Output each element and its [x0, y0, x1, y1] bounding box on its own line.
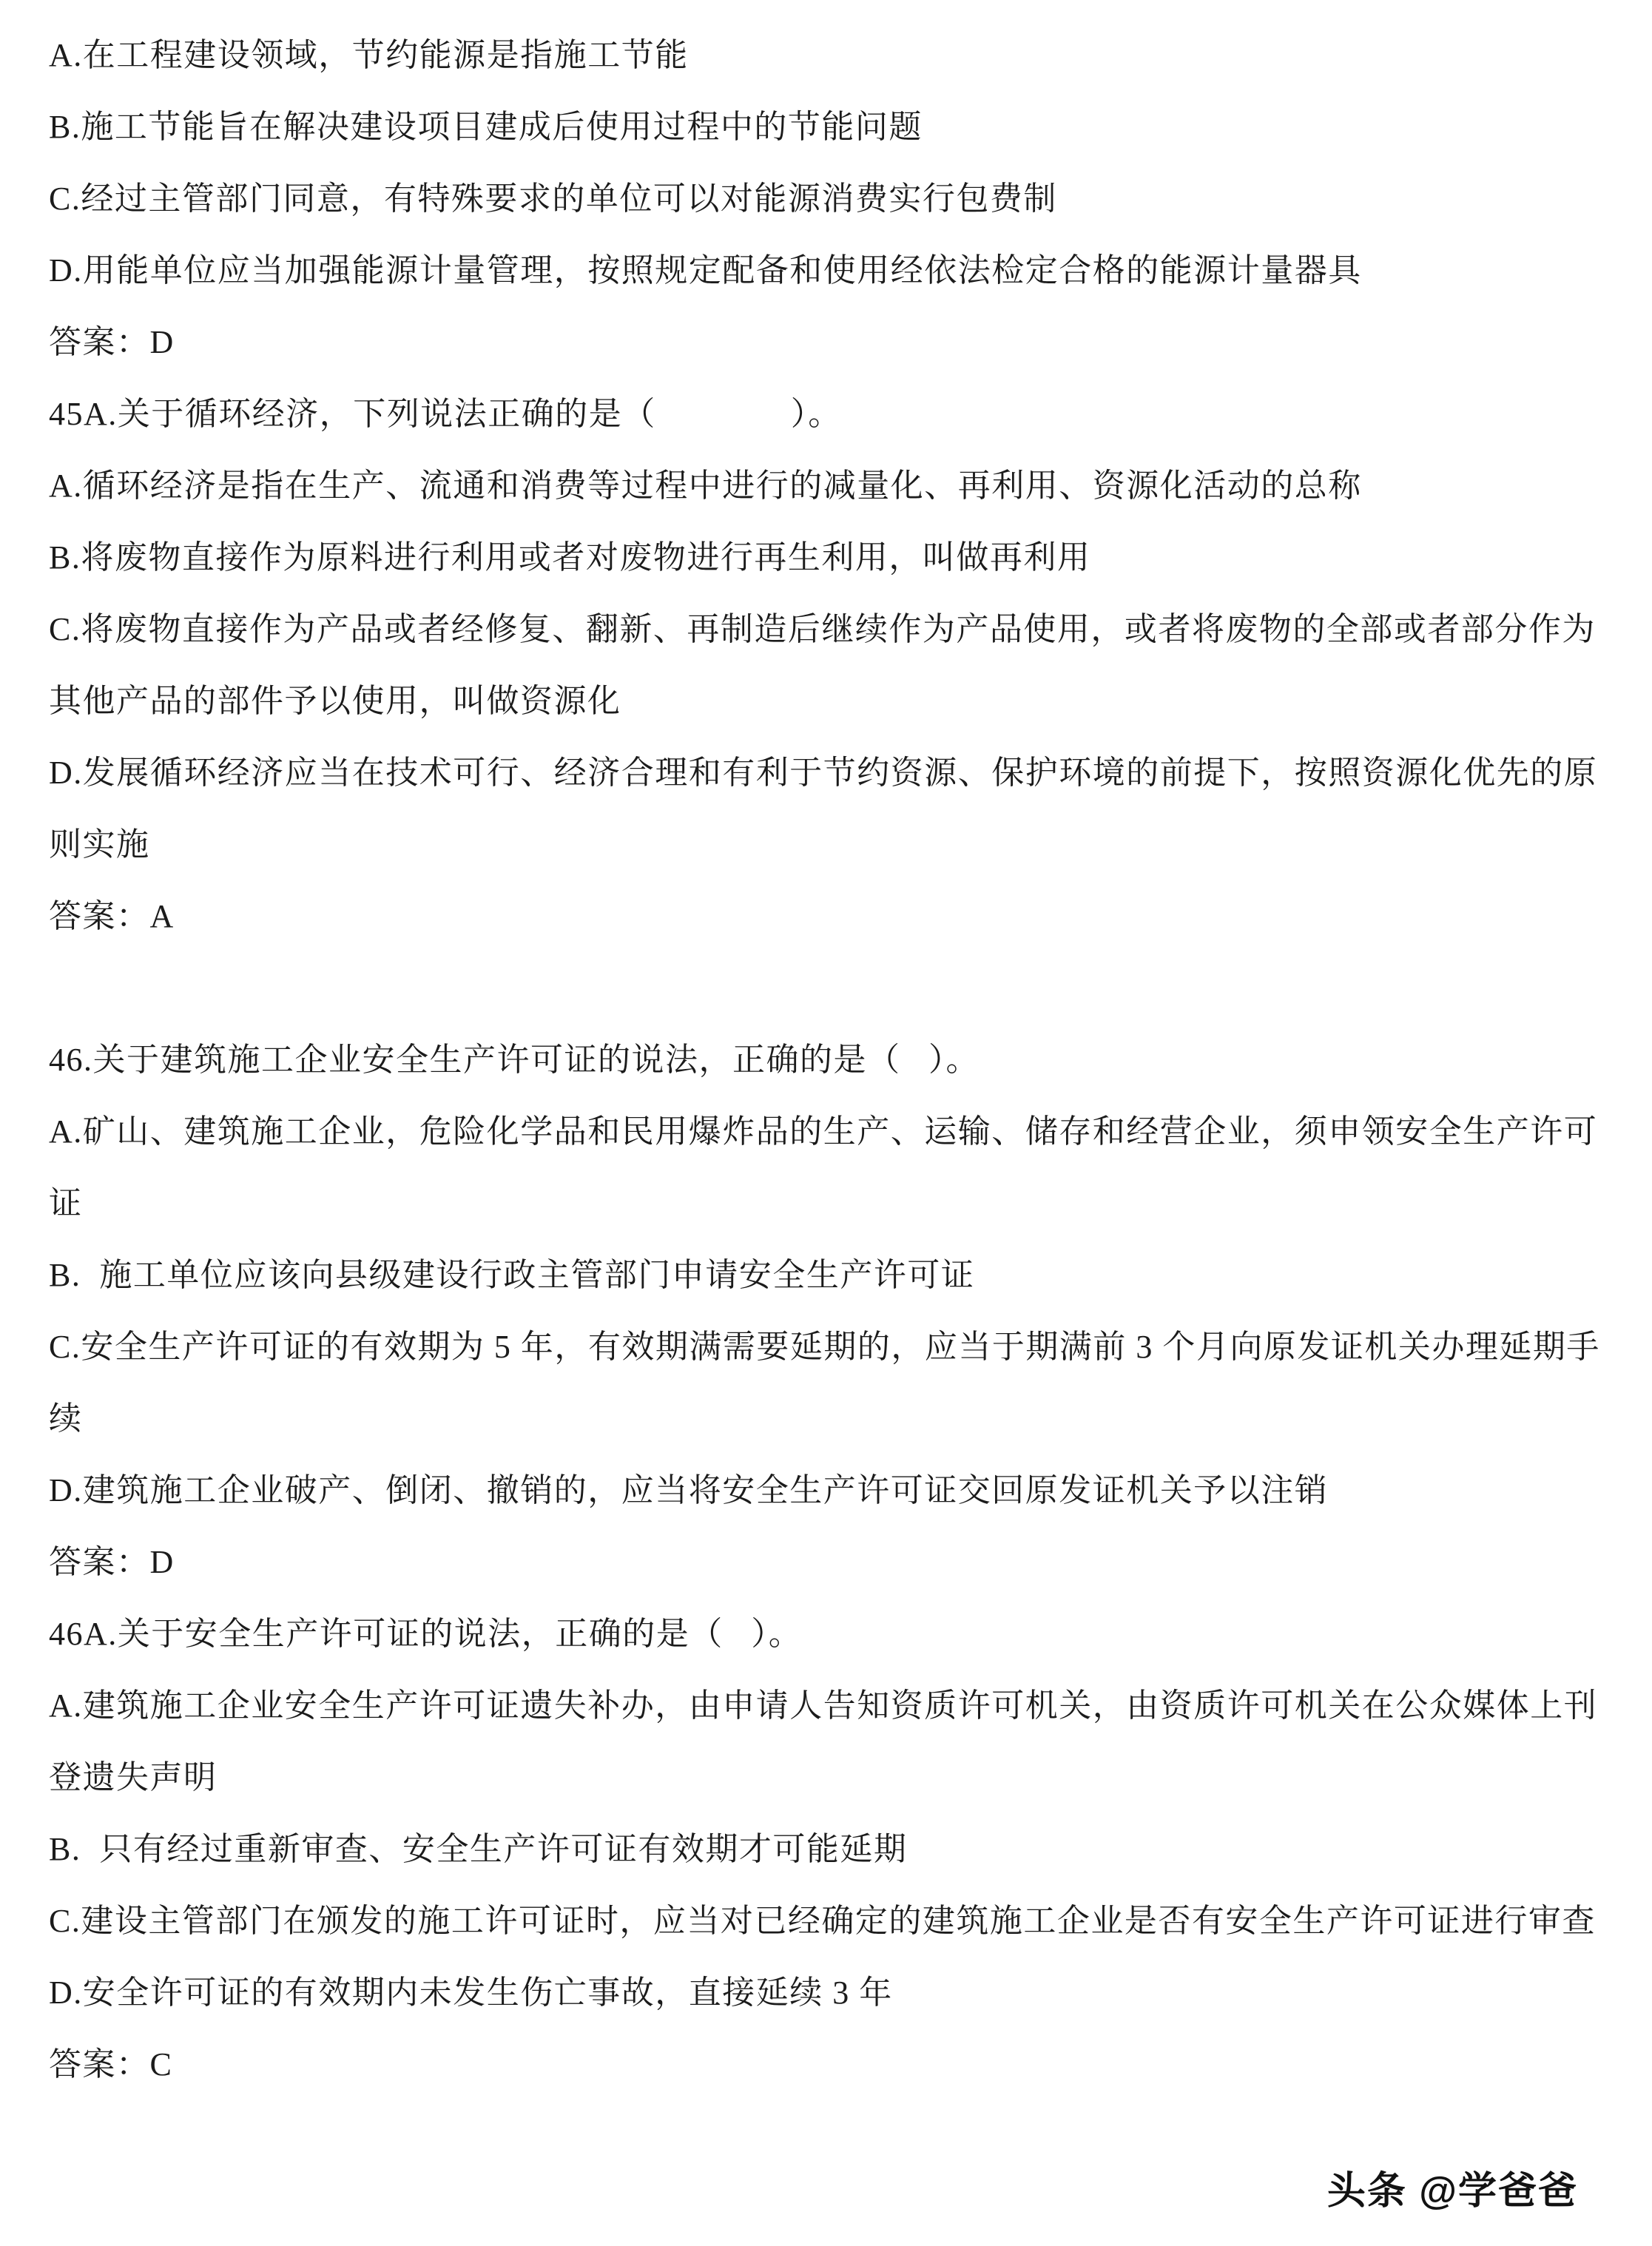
option-continuation-line: 登遗失声明: [49, 1741, 1611, 1813]
option-line: C.建设主管部门在颁发的施工许可证时，应当对已经确定的建筑施工企业是否有安全生产…: [49, 1885, 1611, 1957]
option-line: B. 施工单位应该向县级建设行政主管部门申请安全生产许可证: [49, 1239, 1611, 1311]
answer-line: 答案：D: [49, 306, 1611, 378]
option-continuation-line: 其他产品的部件予以使用，叫做资源化: [49, 665, 1611, 737]
option-line: A.建筑施工企业安全生产许可证遗失补办，由申请人告知资质许可机关，由资质许可机关…: [49, 1670, 1611, 1741]
option-line: D.建筑施工企业破产、倒闭、撤销的，应当将安全生产许可证交回原发证机关予以注销: [49, 1454, 1611, 1526]
option-line: B.施工节能旨在解决建设项目建成后使用过程中的节能问题: [49, 91, 1611, 163]
option-line: B.将废物直接作为原料进行利用或者对废物进行再生利用，叫做再利用: [49, 522, 1611, 593]
option-line: C.安全生产许可证的有效期为 5 年，有效期满需要延期的，应当于期满前 3 个月…: [49, 1311, 1611, 1383]
option-line: D.安全许可证的有效期内未发生伤亡事故，直接延续 3 年: [49, 1957, 1611, 2029]
answer-line: 答案：A: [49, 880, 1611, 952]
option-continuation-line: 续: [49, 1383, 1611, 1454]
answer-line: 答案：C: [49, 2029, 1611, 2100]
question-line: 45A.关于循环经济，下列说法正确的是（ ）。: [49, 378, 1611, 450]
option-line: B. 只有经过重新审查、安全生产许可证有效期才可能延期: [49, 1813, 1611, 1885]
option-line: D.发展循环经济应当在技术可行、经济合理和有利于节约资源、保护环境的前提下，按照…: [49, 737, 1611, 809]
question-line: 46A.关于安全生产许可证的说法，正确的是（ ）。: [49, 1598, 1611, 1670]
option-continuation-line: 则实施: [49, 809, 1611, 880]
question-line: 46.关于建筑施工企业安全生产许可证的说法，正确的是（ ）。: [49, 1024, 1611, 1096]
option-line: A.循环经济是指在生产、流通和消费等过程中进行的减量化、再利用、资源化活动的总称: [49, 450, 1611, 522]
option-continuation-line: 证: [49, 1167, 1611, 1239]
option-line: C.经过主管部门同意，有特殊要求的单位可以对能源消费实行包费制: [49, 163, 1611, 235]
option-line: D.用能单位应当加强能源计量管理，按照规定配备和使用经依法检定合格的能源计量器具: [49, 235, 1611, 306]
blank-line: [49, 952, 1611, 1024]
exam-document-page: A.在工程建设领域，节约能源是指施工节能 B.施工节能旨在解决建设项目建成后使用…: [0, 0, 1652, 2246]
option-line: C.将废物直接作为产品或者经修复、翻新、再制造后继续作为产品使用，或者将废物的全…: [49, 593, 1611, 665]
question-text-block: A.在工程建设领域，节约能源是指施工节能 B.施工节能旨在解决建设项目建成后使用…: [49, 19, 1611, 2100]
option-line: A.矿山、建筑施工企业，危险化学品和民用爆炸品的生产、运输、储存和经营企业，须申…: [49, 1096, 1611, 1167]
option-line: A.在工程建设领域，节约能源是指施工节能: [49, 19, 1611, 91]
toutiao-watermark: 头条 @学爸爸: [1327, 2159, 1578, 2215]
answer-line: 答案：D: [49, 1526, 1611, 1598]
